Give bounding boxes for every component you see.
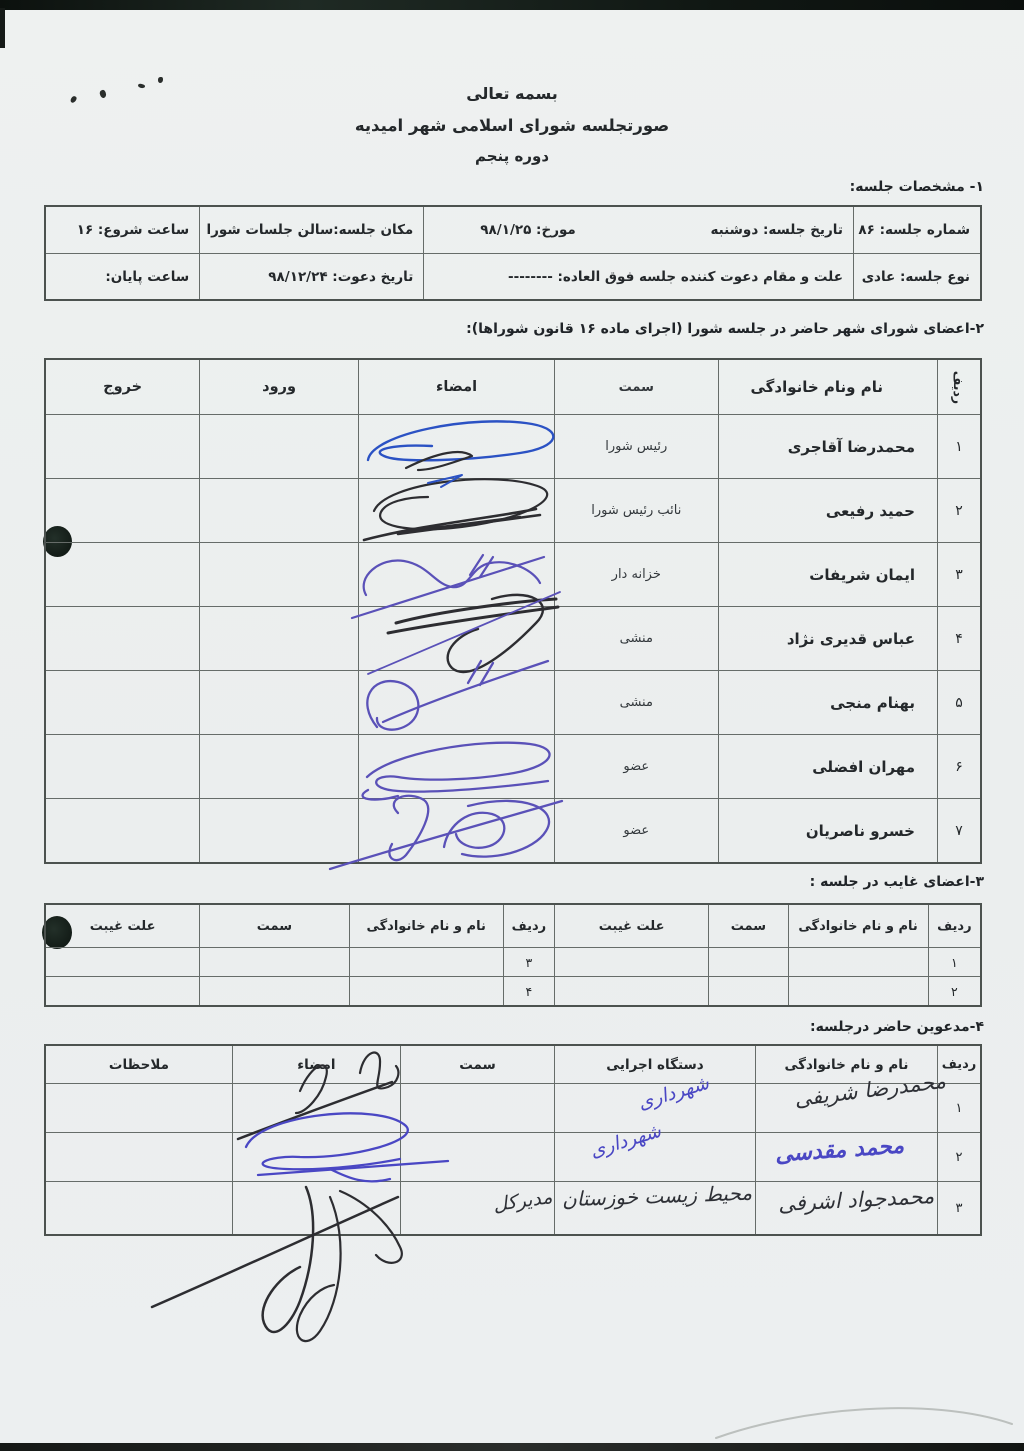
invitees-table: ردیف نام و نام خانوادگی دستگاه اجرایی سم… [44,1044,982,1236]
empty-cell [200,977,349,1005]
ink-speck [158,77,163,83]
row-number: ۷ [938,799,980,862]
empty-cell [709,977,788,1005]
empty-cell [200,948,349,976]
member-name: محمدرضا آقاجری [719,415,938,478]
scanned-meeting-minutes-page: بسمه تعالی صورتجلسه شورای اسلامی شهر امی… [0,0,1024,1451]
col-header-position: سمت [555,360,718,414]
exit-cell [46,543,200,606]
empty-cell [350,948,504,976]
empty-cell [350,977,504,1005]
document-subtitle: دوره پنجم [0,147,1024,165]
member-name: حمید رفیعی [719,479,938,542]
agency-cell [555,1084,756,1132]
agency-cell [555,1182,756,1234]
table-row: شماره جلسه: ۸۶ تاریخ جلسه: دوشنبه مورخ: … [46,207,980,253]
member-name: ایمان شریفات [719,543,938,606]
exit-cell [46,607,200,670]
section4-heading: ۴-مدعوین حاضر درجلسه: [810,1019,984,1035]
section3-heading: ۳-اعضای غایب در جلسه : [810,874,984,890]
exit-cell [46,671,200,734]
position-cell [401,1182,555,1234]
entry-cell [200,543,359,606]
member-row: ۴ عباس قدیری نژاد منشی [46,606,980,670]
document-header: بسمه تعالی صورتجلسه شورای اسلامی شهر امی… [0,84,1024,165]
row-number: ۵ [938,671,980,734]
member-position: عضو [555,799,718,862]
row-number: ۲ [929,977,980,1005]
signature-cell [359,415,555,478]
row-number: ۴ [938,607,980,670]
invitee-name-cell [756,1084,938,1132]
table-header-row: ردیف نام و نام خانوادگی دستگاه اجرایی سم… [46,1046,980,1083]
col-header-row-no: ردیف [929,905,980,947]
member-row: ۵ بهنام منجی منشی [46,670,980,734]
absent-row: ۲ ۴ [46,976,980,1005]
table-header-row: ردیف نام ونام خانوادگی سمت امضاء ورود خر… [46,360,980,414]
signature-cell [359,607,555,670]
row-number: ۳ [938,543,980,606]
col-header-row-no: ردیف [938,360,980,414]
empty-cell [789,977,929,1005]
signature-cell [359,799,555,862]
member-row: ۷ خسرو ناصریان عضو [46,798,980,862]
col-header-position: سمت [709,905,788,947]
signature-cell [233,1133,401,1181]
member-position: منشی [555,671,718,734]
exit-cell [46,479,200,542]
empty-cell [555,948,709,976]
start-time-cell: ساعت شروع: ۱۶ [46,207,200,253]
absent-row: ۱ ۳ [46,947,980,976]
col-header-signature: امضاء [233,1046,401,1083]
col-header-absence-reason: علت غیبت [555,905,709,947]
col-header-name: نام و نام خانوادگی [350,905,504,947]
section1-heading: ۱- مشخصات جلسه: [850,179,984,195]
row-number: ۳ [938,1182,980,1234]
member-row: ۲ حمید رفیعی نائب رئیس شورا [46,478,980,542]
col-header-name: نام و نام خانوادگی [756,1046,938,1083]
table-row: نوع جلسه: عادی علت و مقام دعوت کننده جلس… [46,253,980,299]
signature-cell [233,1182,401,1234]
col-header-exit: خروج [46,360,200,414]
col-header-name: نام و نام خانوادگی [789,905,929,947]
empty-cell [709,948,788,976]
empty-cell [46,948,200,976]
col-header-notes: ملاحظات [46,1046,233,1083]
member-position: منشی [555,607,718,670]
entry-cell [200,607,359,670]
member-position: نائب رئیس شورا [555,479,718,542]
invitee-row: ۳ [46,1181,980,1234]
entry-cell [200,415,359,478]
entry-cell [200,671,359,734]
row-number: ۱ [938,1084,980,1132]
row-number: ۱ [929,948,980,976]
col-header-name: نام ونام خانوادگی [719,360,938,414]
section2-heading: ۲-اعضای شورای شهر حاضر در جلسه شورا (اجر… [466,321,984,337]
notes-cell [46,1133,233,1181]
scan-edge-top [0,0,1024,10]
row-number: ۴ [504,977,555,1005]
member-row: ۳ ایمان شریفات خزانه دار [46,542,980,606]
meeting-number-cell: شماره جلسه: ۸۶ [854,207,980,253]
table-header-row: ردیف نام و نام خانوادگی سمت علت غیبت ردی… [46,905,980,947]
row-number: ۲ [938,1133,980,1181]
absent-members-table: ردیف نام و نام خانوادگی سمت علت غیبت ردی… [44,903,982,1007]
end-time-cell: ساعت پایان: [46,254,200,299]
invitee-name-cell [756,1182,938,1234]
pencil-mark [716,1408,1012,1438]
signature-cell [359,479,555,542]
row-no-label: ردیف [951,370,966,403]
signature-cell [233,1084,401,1132]
row-number: ۶ [938,735,980,798]
meeting-type-cell: نوع جلسه: عادی [854,254,980,299]
position-cell [401,1133,555,1181]
notes-cell [46,1084,233,1132]
entry-cell [200,799,359,862]
entry-cell [200,735,359,798]
meeting-day: تاریخ جلسه: دوشنبه [710,222,842,238]
row-number: ۲ [938,479,980,542]
exit-cell [46,799,200,862]
member-position: خزانه دار [555,543,718,606]
invitation-date-cell: تاریخ دعوت: ۹۸/۱۲/۲۴ [200,254,424,299]
extraordinary-reason-cell: علت و مقام دعوت کننده جلسه فوق العاده: -… [424,254,854,299]
row-number: ۳ [504,948,555,976]
scan-edge-bottom [0,1443,1024,1451]
scan-edge-left [0,8,5,48]
meeting-specs-table: شماره جلسه: ۸۶ تاریخ جلسه: دوشنبه مورخ: … [44,205,982,301]
signature-cell [359,735,555,798]
member-row: ۶ مهران افضلی عضو [46,734,980,798]
member-position: رئیس شورا [555,415,718,478]
exit-cell [46,415,200,478]
col-header-row-no: ردیف [504,905,555,947]
col-header-agency: دستگاه اجرایی [555,1046,756,1083]
empty-cell [46,977,200,1005]
member-name: خسرو ناصریان [719,799,938,862]
entry-cell [200,479,359,542]
member-name: مهران افضلی [719,735,938,798]
col-header-entry: ورود [200,360,359,414]
present-members-table: ردیف نام ونام خانوادگی سمت امضاء ورود خر… [44,358,982,864]
notes-cell [46,1182,233,1234]
empty-cell [789,948,929,976]
col-header-position: سمت [401,1046,555,1083]
agency-cell [555,1133,756,1181]
member-row: ۱ محمدرضا آقاجری رئیس شورا [46,414,980,478]
member-name: بهنام منجی [719,671,938,734]
meeting-date-cell: تاریخ جلسه: دوشنبه مورخ: ۹۸/۱/۲۵ [424,207,854,253]
meeting-date: مورخ: ۹۸/۱/۲۵ [480,222,576,238]
bismillah-text: بسمه تعالی [0,84,1024,103]
position-cell [401,1084,555,1132]
member-name: عباس قدیری نژاد [719,607,938,670]
invitee-name-cell [756,1133,938,1181]
col-header-absence-reason: علت غیبت [46,905,200,947]
meeting-location-cell: مکان جلسه:سالن جلسات شورا [200,207,424,253]
signature-cell [359,543,555,606]
col-header-position: سمت [200,905,349,947]
signature-cell [359,671,555,734]
col-header-signature: امضاء [359,360,555,414]
row-number: ۱ [938,415,980,478]
exit-cell [46,735,200,798]
invitee-row: ۱ [46,1083,980,1132]
document-title: صورتجلسه شورای اسلامی شهر امیدیه [0,116,1024,135]
col-header-row-no: ردیف [938,1046,980,1083]
member-position: عضو [555,735,718,798]
invitee-row: ۲ [46,1132,980,1181]
empty-cell [555,977,709,1005]
